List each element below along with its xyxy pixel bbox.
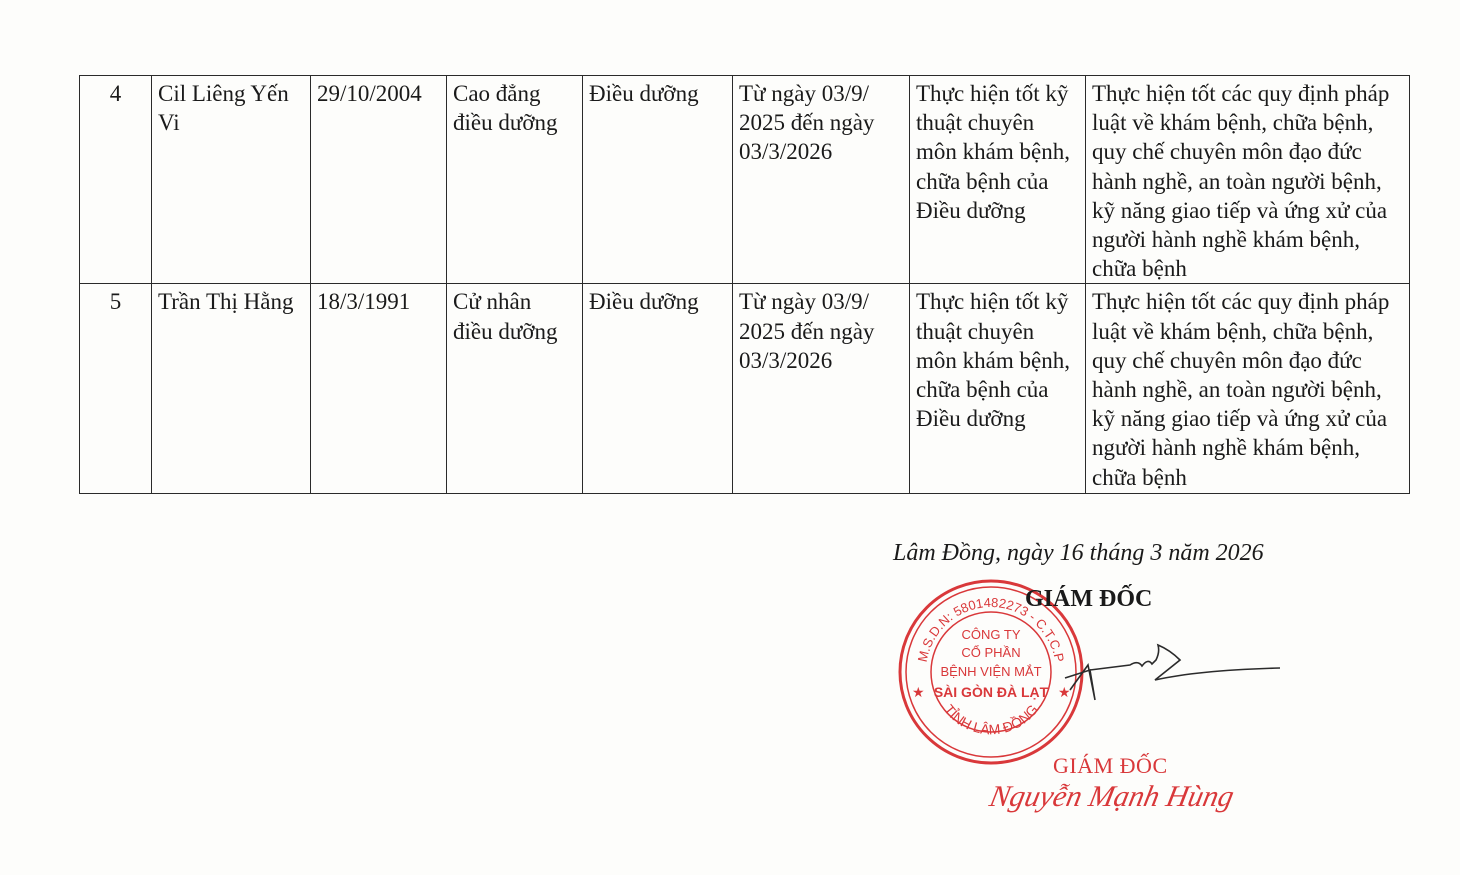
cell-dob: 29/10/2004 bbox=[311, 76, 447, 284]
cell-degree: Cử nhân điều dưỡng bbox=[447, 284, 583, 494]
cell-period: Từ ngày 03/9/ 2025 đến ngày 03/3/2026 bbox=[733, 76, 910, 284]
svg-text:TỈNH LÂM ĐỒNG: TỈNH LÂM ĐỒNG bbox=[941, 701, 1041, 737]
place-date: Lâm Đồng, ngày 16 tháng 3 năm 2026 bbox=[893, 540, 1264, 567]
cell-stt: 4 bbox=[80, 76, 152, 284]
cell-evaluation: Thực hiện tốt các quy định pháp luật về … bbox=[1086, 284, 1410, 494]
svg-text:CỔ PHẦN: CỔ PHẦN bbox=[961, 645, 1020, 660]
cell-evaluation: Thực hiện tốt các quy định pháp luật về … bbox=[1086, 76, 1410, 284]
cell-period: Từ ngày 03/9/ 2025 đến ngày 03/3/2026 bbox=[733, 284, 910, 494]
svg-text:CÔNG TY: CÔNG TY bbox=[962, 627, 1021, 642]
svg-text:★: ★ bbox=[912, 684, 925, 700]
cell-name: Trần Thị Hằng bbox=[152, 284, 311, 494]
signer-title: GIÁM ĐỐC bbox=[1025, 586, 1152, 613]
cell-content: Thực hiện tốt kỹ thuật chuyên môn khám b… bbox=[910, 284, 1086, 494]
cell-position: Điều dưỡng bbox=[583, 284, 733, 494]
personnel-table: 4 Cil Liêng Yến Vi 29/10/2004 Cao đẳng đ… bbox=[79, 75, 1410, 494]
stamp-name: Nguyễn Mạnh Hùng bbox=[986, 780, 1237, 814]
cell-content: Thực hiện tốt kỹ thuật chuyên môn khám b… bbox=[910, 76, 1086, 284]
stamp-title: GIÁM ĐỐC bbox=[1053, 753, 1168, 779]
cell-degree: Cao đẳng điều dưỡng bbox=[447, 76, 583, 284]
table-row: 5 Trần Thị Hằng 18/3/1991 Cử nhân điều d… bbox=[80, 284, 1410, 494]
handwritten-signature-icon bbox=[1060, 630, 1285, 710]
cell-name: Cil Liêng Yến Vi bbox=[152, 76, 311, 284]
cell-dob: 18/3/1991 bbox=[311, 284, 447, 494]
table-row: 4 Cil Liêng Yến Vi 29/10/2004 Cao đẳng đ… bbox=[80, 76, 1410, 284]
cell-position: Điều dưỡng bbox=[583, 76, 733, 284]
svg-text:BỆNH VIỆN MẮT: BỆNH VIỆN MẮT bbox=[940, 664, 1041, 679]
cell-stt: 5 bbox=[80, 284, 152, 494]
svg-text:SÀI GÒN ĐÀ LẠT: SÀI GÒN ĐÀ LẠT bbox=[934, 683, 1049, 700]
